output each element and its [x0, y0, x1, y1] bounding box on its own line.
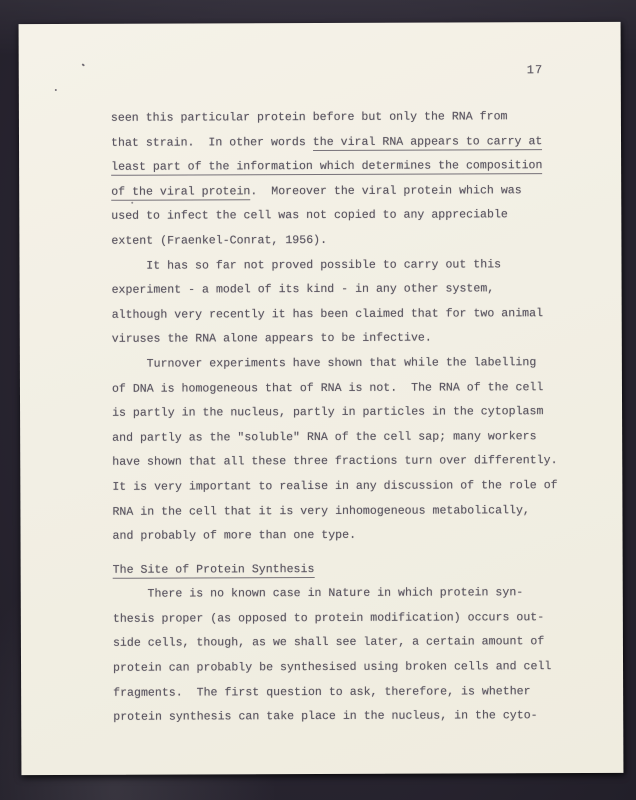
- text-segment: experiment - a model of its kind - in an…: [112, 282, 495, 296]
- text-line: protein synthesis can take place in the …: [113, 704, 593, 730]
- underlined-text: The Site of Protein Synthesis: [113, 563, 315, 579]
- text-line: least part of the information which dete…: [111, 154, 591, 180]
- underlined-text: the viral RNA appears to carry at: [313, 135, 543, 151]
- text-line: that strain. In other words the viral RN…: [111, 130, 591, 156]
- text-segment: although very recently it has been claim…: [112, 307, 543, 322]
- text-line: protein can probably be synthesised usin…: [113, 655, 593, 681]
- text-segment: It has so far not proved possible to car…: [111, 258, 501, 272]
- text-segment: It is very important to realise in any d…: [112, 479, 557, 494]
- section-heading: The Site of Protein Synthesis: [113, 557, 593, 583]
- text-line: of the viral protein. Moreover the viral…: [111, 179, 591, 205]
- text-line: is partly in the nucleus, partly in part…: [112, 400, 592, 426]
- text-line: side cells, though, as we shall see late…: [113, 630, 593, 656]
- text-segment: that strain. In other words: [111, 136, 313, 150]
- paper-speck: [81, 63, 85, 66]
- text-line: of DNA is homogeneous that of RNA is not…: [112, 375, 592, 401]
- text-segment: extent (Fraenkel-Conrat, 1956).: [111, 234, 327, 248]
- text-segment: seen this particular protein before but …: [111, 110, 508, 125]
- underlined-text: least part of the information which dete…: [111, 159, 542, 176]
- text-segment: RNA in the cell that it is very inhomoge…: [112, 504, 529, 519]
- text-segment: fragments. The first question to ask, th…: [113, 685, 531, 700]
- text-segment: Turnover experiments have shown that whi…: [112, 356, 536, 371]
- text-segment: and partly as the "soluble" RNA of the c…: [112, 430, 536, 445]
- text-segment: is partly in the nucleus, partly in part…: [112, 405, 543, 420]
- text-line: although very recently it has been claim…: [112, 302, 592, 328]
- text-segment: have shown that all these three fraction…: [112, 454, 557, 469]
- text-segment: protein can probably be synthesised usin…: [113, 660, 551, 675]
- text-line: seen this particular protein before but …: [111, 105, 591, 131]
- photo-backdrop: { "colors": { "backdrop": "#292531", "pa…: [0, 0, 636, 800]
- text-line: thesis proper (as opposed to protein mod…: [113, 606, 593, 632]
- text-line: and probably of more than one type.: [112, 523, 592, 549]
- text-segment: thesis proper (as opposed to protein mod…: [113, 611, 544, 626]
- text-line: have shown that all these three fraction…: [112, 449, 592, 475]
- text-line: It has so far not proved possible to car…: [111, 253, 591, 279]
- text-segment: There is no known case in Nature in whic…: [113, 587, 524, 602]
- document-text: seen this particular protein before but …: [111, 105, 593, 731]
- text-segment: side cells, though, as we shall see late…: [113, 636, 544, 651]
- page-number: 17: [527, 63, 543, 77]
- text-line: experiment - a model of its kind - in an…: [112, 277, 592, 303]
- text-line: viruses the RNA alone appears to be infe…: [112, 326, 592, 352]
- paper-speck: [131, 202, 133, 204]
- text-line: and partly as the "soluble" RNA of the c…: [112, 425, 592, 451]
- paper-speck: [55, 89, 57, 91]
- text-segment: and probably of more than one type.: [113, 529, 357, 543]
- document-page: 17 seen this particular protein before b…: [19, 22, 624, 775]
- text-line: Turnover experiments have shown that whi…: [112, 351, 592, 377]
- text-line: used to infect the cell was not copied t…: [111, 203, 591, 229]
- text-line: RNA in the cell that it is very inhomoge…: [112, 498, 592, 524]
- text-segment: viruses the RNA alone appears to be infe…: [112, 332, 432, 346]
- text-line: It is very important to realise in any d…: [112, 474, 592, 500]
- text-line: fragments. The first question to ask, th…: [113, 680, 593, 706]
- text-line: There is no known case in Nature in whic…: [113, 581, 593, 607]
- text-segment: protein synthesis can take place in the …: [113, 709, 537, 724]
- text-line: extent (Fraenkel-Conrat, 1956).: [111, 228, 591, 254]
- text-segment: . Moreover the viral protein which was: [250, 184, 521, 198]
- text-segment: of DNA is homogeneous that of RNA is not…: [112, 381, 543, 396]
- underlined-text: of the viral protein: [111, 185, 250, 201]
- text-segment: used to infect the cell was not copied t…: [111, 209, 508, 224]
